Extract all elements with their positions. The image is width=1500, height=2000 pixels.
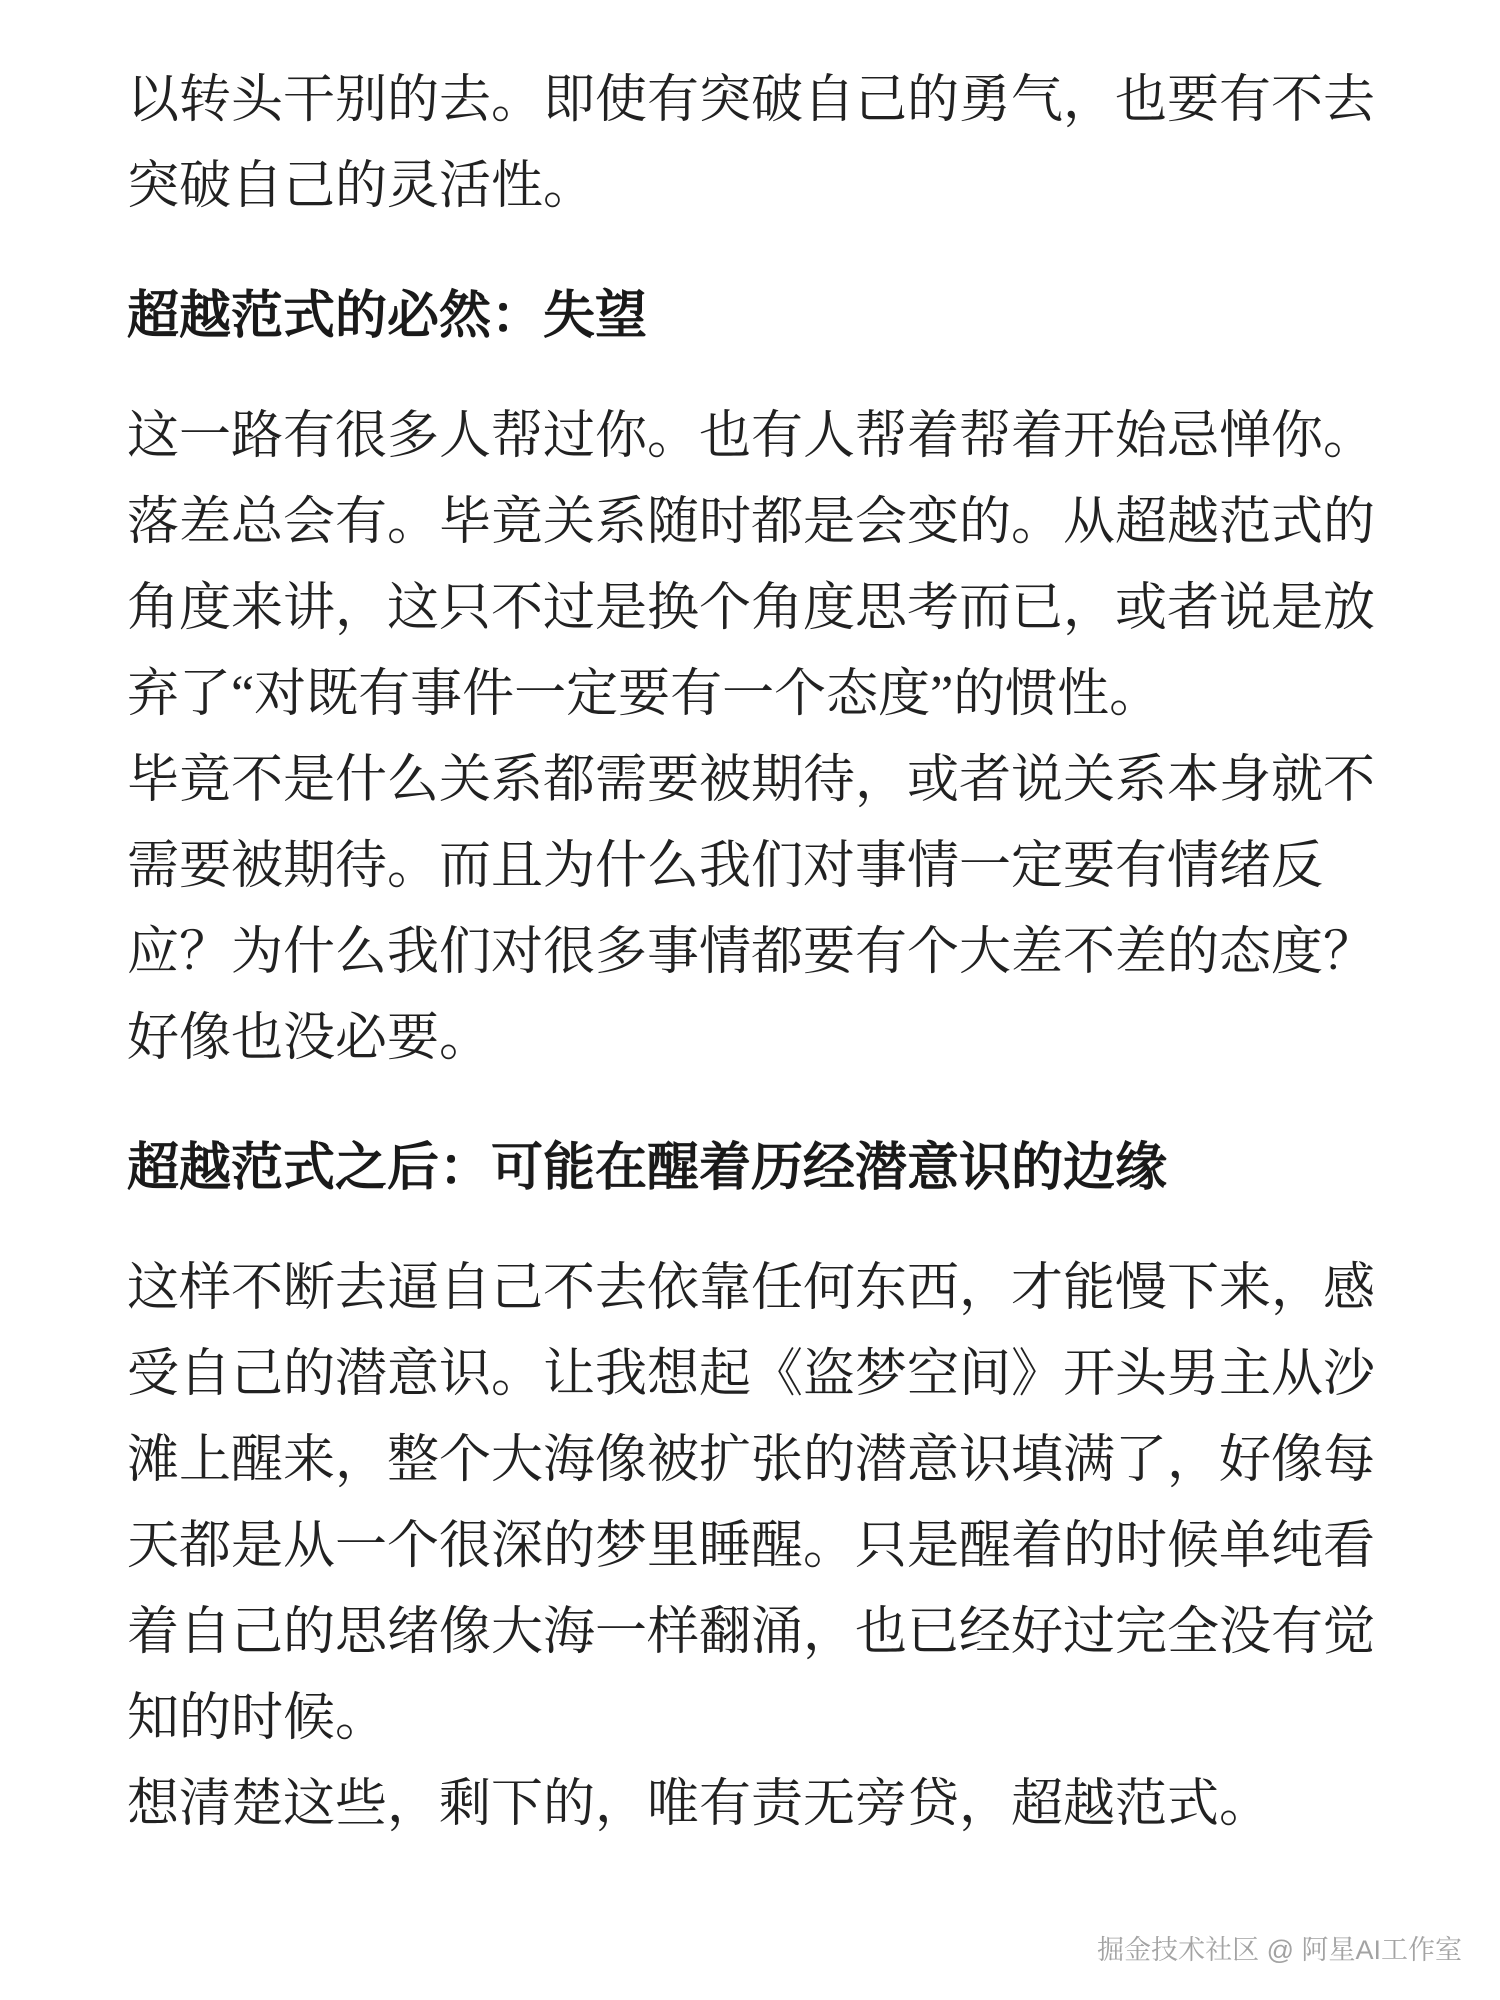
watermark-text: 掘金技术社区 @ 阿星AI工作室 bbox=[1097, 1934, 1462, 1966]
section1-paragraph-1: 这一路有很多人帮过你。也有人帮着帮着开始忌惮你。落差总会有。毕竟关系随时都是会变… bbox=[127, 394, 1379, 738]
section-heading-disappointment: 超越范式的必然：失望 bbox=[127, 280, 1379, 354]
section1-paragraph-2: 毕竟不是什么关系都需要被期待，或者说关系本身就不需要被期待。而且为什么我们对事情… bbox=[127, 738, 1379, 1082]
intro-paragraph: 以转头干别的去。即使有突破自己的勇气，也要有不去突破自己的灵活性。 bbox=[127, 58, 1379, 230]
section2-paragraph-2: 想清楚这些，剩下的，唯有责无旁贷，超越范式。 bbox=[127, 1762, 1379, 1848]
section2-paragraph-1: 这样不断去逼自己不去依靠任何东西，才能慢下来，感受自己的潜意识。让我想起《盗梦空… bbox=[127, 1246, 1379, 1762]
article-content: 以转头干别的去。即使有突破自己的勇气，也要有不去突破自己的灵活性。 超越范式的必… bbox=[0, 0, 1500, 1848]
section-heading-after-paradigm: 超越范式之后：可能在醒着历经潜意识的边缘 bbox=[127, 1132, 1379, 1206]
article-page: 以转头干别的去。即使有突破自己的勇气，也要有不去突破自己的灵活性。 超越范式的必… bbox=[0, 0, 1500, 2000]
